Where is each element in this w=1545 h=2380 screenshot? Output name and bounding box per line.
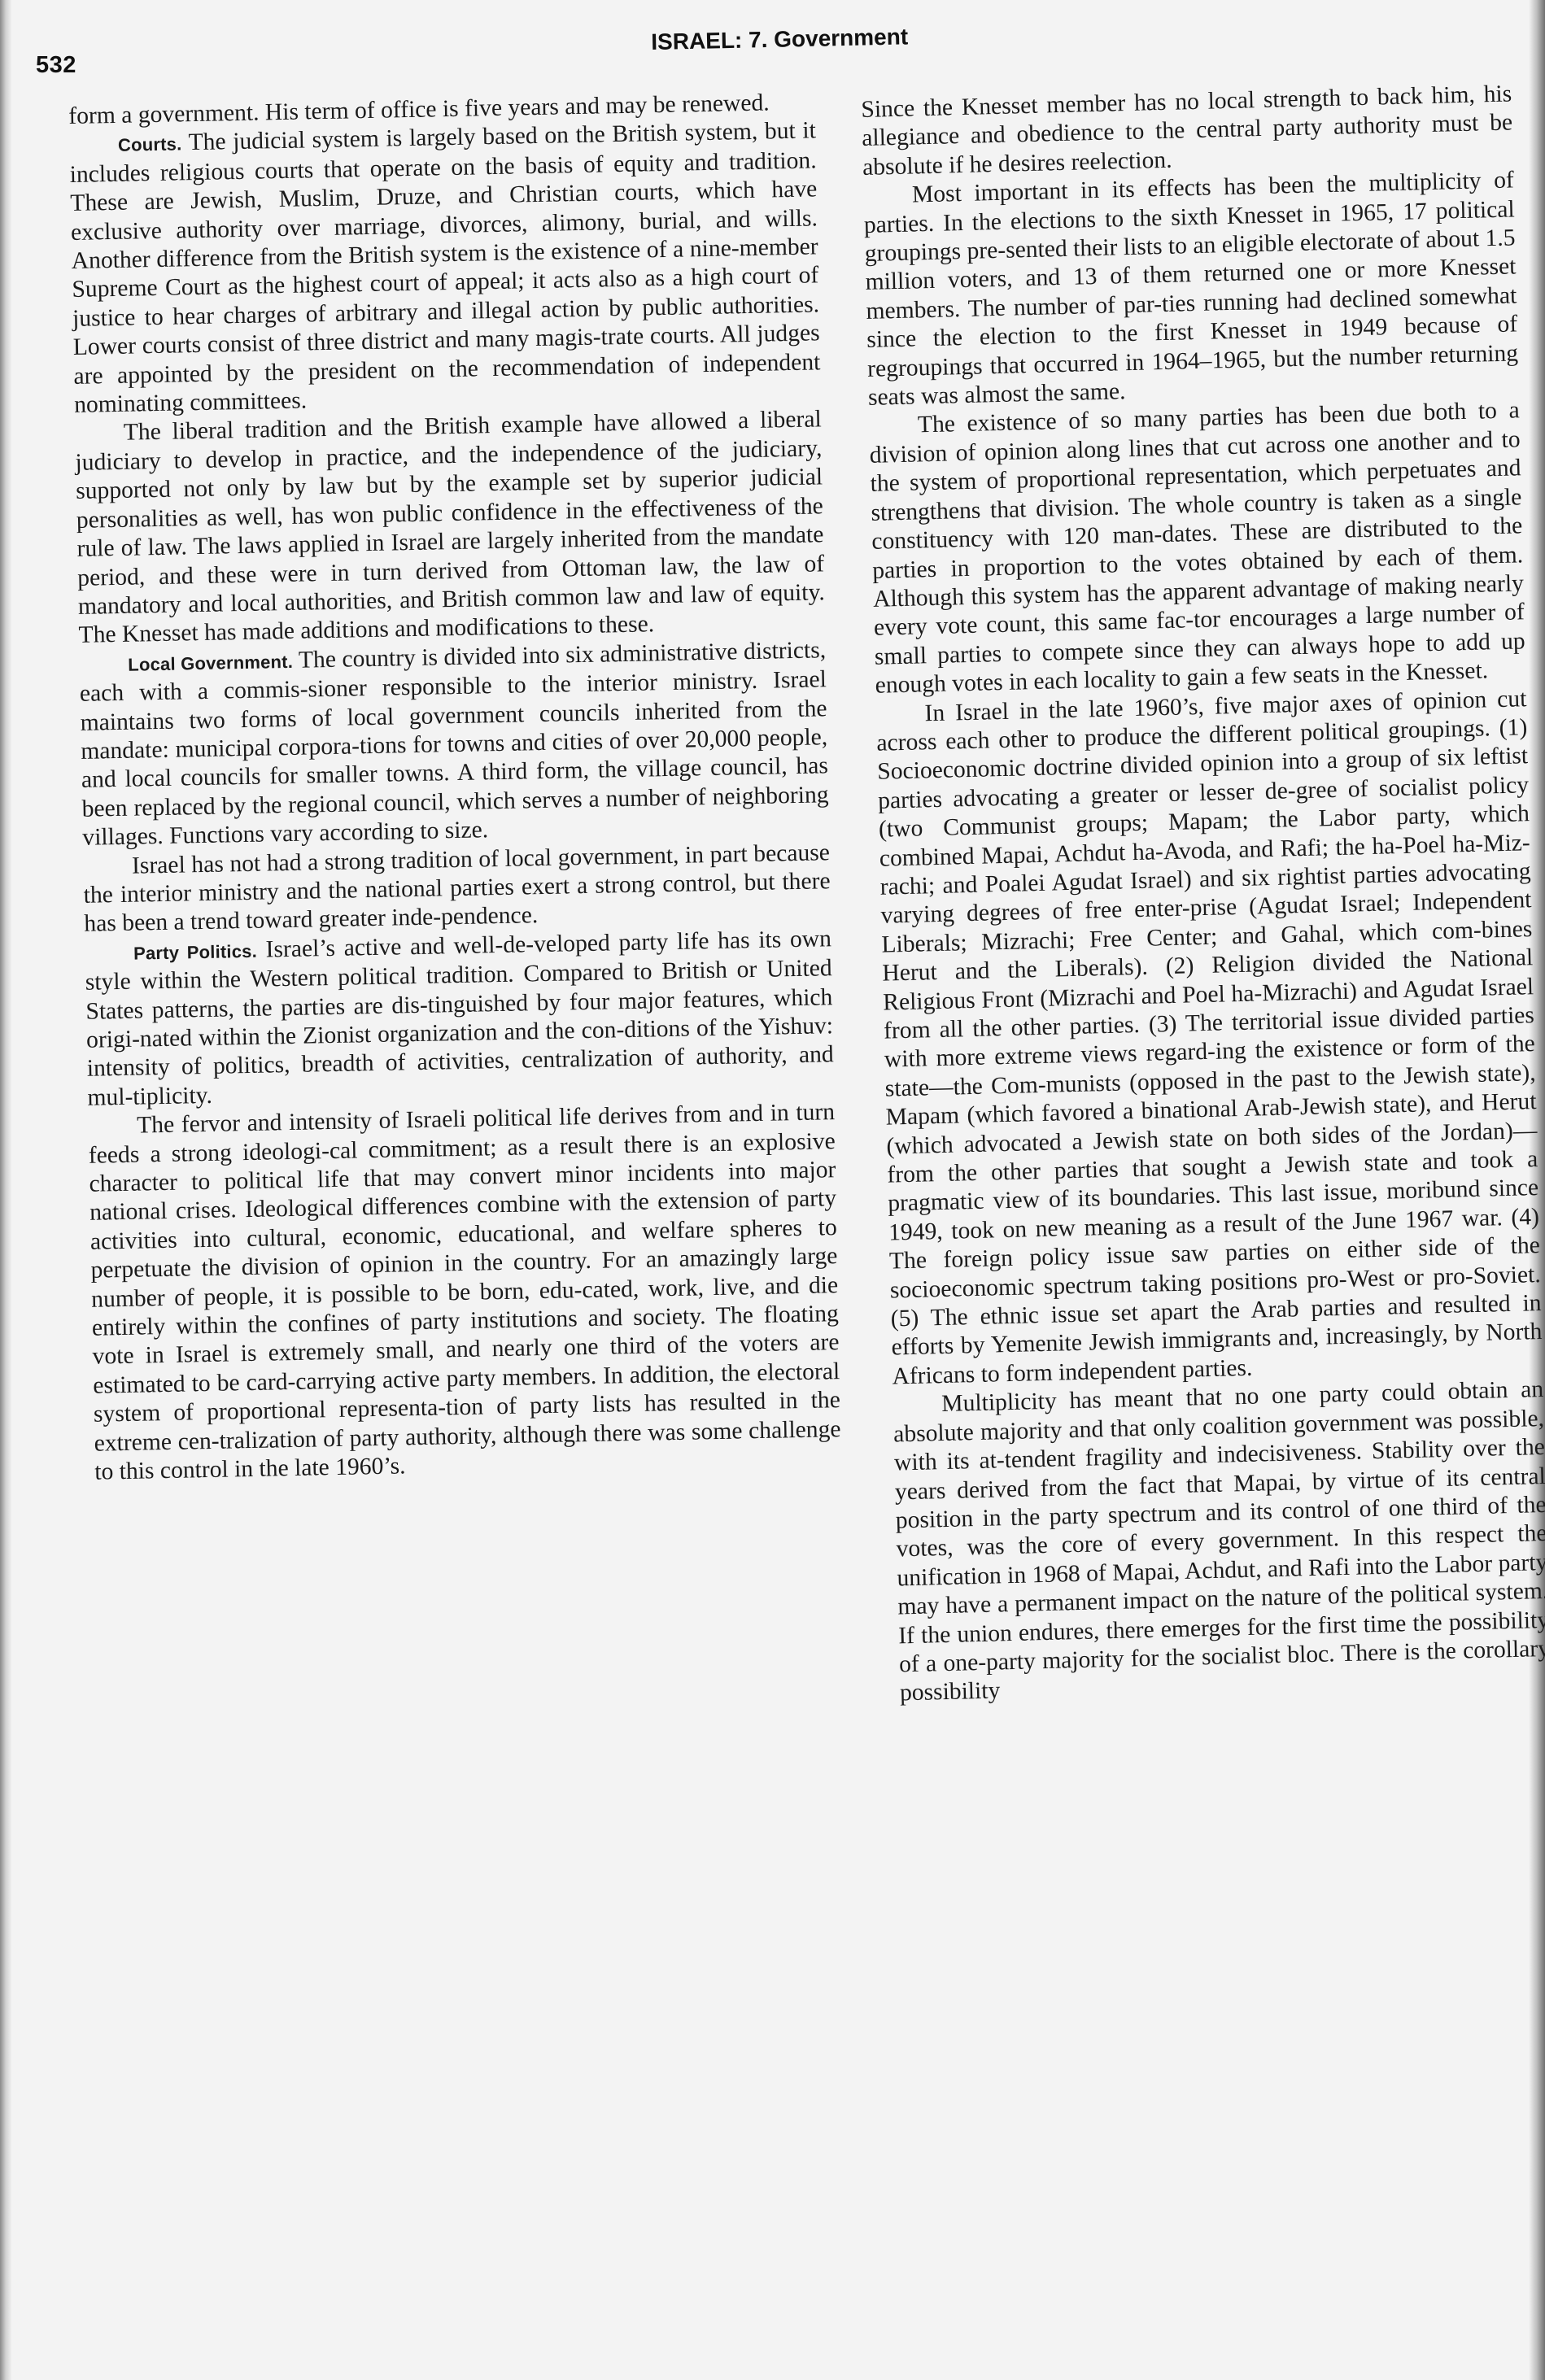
page-gutter-shadow: [0, 0, 11, 2380]
running-head: ISRAEL: 7. Government: [651, 24, 908, 55]
paragraph: Most important in its effects has been t…: [863, 167, 1520, 413]
page-number: 532: [36, 52, 76, 79]
paragraph-party-politics: Party Politics. Israel’s active and well…: [85, 925, 835, 1113]
paragraph-courts: Courts. The judicial system is largely b…: [69, 117, 822, 421]
left-column: form a government. His term of office is…: [68, 88, 842, 1487]
paragraph: Since the Knesset member has no local st…: [861, 80, 1513, 182]
paragraph: The existence of so many parties has bee…: [869, 397, 1526, 701]
section-heading-local-government: Local Government.: [128, 652, 293, 675]
paragraph-local-government: Local Government. The country is divided…: [79, 636, 830, 852]
paragraph-text: The judicial system is largely based on …: [69, 118, 820, 418]
right-column: Since the Knesset member has no local st…: [861, 80, 1545, 1708]
section-heading-courts: Courts.: [118, 134, 182, 156]
paragraph: In Israel in the late 1960’s, five major…: [875, 685, 1543, 1392]
paragraph: Multiplicity has meant that no one party…: [893, 1375, 1545, 1708]
paragraph: The liberal tradition and the British ex…: [74, 406, 825, 651]
paragraph: Israel has not had a strong tradition of…: [83, 839, 831, 939]
paragraph: The fervor and intensity of Israeli poli…: [88, 1098, 842, 1487]
section-heading-party-politics: Party Politics.: [133, 941, 257, 964]
